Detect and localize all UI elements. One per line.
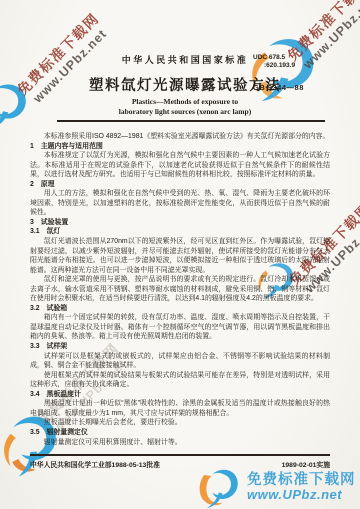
- english-title: Plastics—Methods of exposure to laborato…: [35, 97, 335, 117]
- scanned-standard-page: 免费标准下载网 www.UPbz.net 免费标准下载网 www.UPbz.ne…: [0, 0, 360, 509]
- brand-text: 免费标准下载网 www.UPbz.net: [247, 473, 356, 502]
- section-heading: 3.5 辐射量测定仪: [30, 428, 330, 438]
- paragraph: 使用框架式的试样架的试验结果与板架式的试验结果可能存在差异，特别是对透明试样，采…: [30, 371, 330, 390]
- paragraph: 本标准规定了以氙灯为光源，模拟和强化自然气候中主要因素的一种人工气候加速老化试验…: [30, 151, 330, 180]
- footer-divider: [30, 454, 330, 456]
- paragraph: 氙灯和滤光罩的使用与更换，按产品说明书的要求或有关的规定进行。氙灯冷却水用蒸馏水…: [30, 275, 330, 304]
- standard-number: GB 9344—88: [253, 83, 304, 92]
- paragraph: 辐射量测定仪可采用积算照度计、辐射计等。: [30, 438, 330, 448]
- upbz-logo-icon: [190, 464, 244, 509]
- document-body: 本标准参照采用ISO 4892—1981《塑料实验室光源曝露试验方法》有关氙灯光…: [30, 132, 330, 447]
- section-heading: 3.1 氙灯: [30, 227, 330, 237]
- english-title-line2: laboratory light sources (xenon arc lamp…: [35, 107, 335, 117]
- section-heading: 1 主题内容与适用范围: [30, 142, 330, 152]
- upbz-brand: 免费标准下载网 www.UPbz.net: [190, 464, 360, 509]
- udc-code: UDC 678.5 :620.193.9: [253, 54, 295, 70]
- paragraph: 用人工的方法，模拟和强化在自然气候中受到的光、热、氧、湿气、降雨为主要老化破坏的…: [30, 189, 330, 218]
- paragraph: 氙灯光谱波长范围从270nm以下的短波紫外区，经可见区直到红外区。作为曝露试验，…: [30, 237, 330, 275]
- paragraph: 黑板温度计长期曝光后会老化，要进行校验。: [30, 418, 330, 428]
- section-heading: 2 原理: [30, 180, 330, 190]
- section-heading: 3.4 黑板温度计: [30, 390, 330, 400]
- upbz-logo-icon: [0, 78, 32, 130]
- header-divider: [57, 120, 325, 122]
- section-heading: 3.3 试样架: [30, 342, 330, 352]
- section-heading: 3 试验装置: [30, 218, 330, 228]
- brand-site-url: www.UPbz.net: [247, 488, 356, 501]
- udc-line2: :620.193.9: [253, 62, 295, 70]
- section-heading: 3.2 试验箱: [30, 304, 330, 314]
- paragraph: 箱内有一个固定试样架的转鼓，设有氙灯功率、温度、湿度、喷水周期等指示及自控装置，…: [30, 313, 330, 342]
- approval-text: 中华人民共和国化学工业部1988-05-13批准: [30, 459, 160, 469]
- brand-site-name: 免费标准下载网: [247, 473, 356, 488]
- paragraph: 黑板温度计是由一种近似“黑体”吸收特性的、涂黑的金属板及适当的温度计或热接触良好…: [30, 399, 330, 418]
- paragraph: 试样架可以是框架式的或嵌板式的，试样架应由铝合金、不锈钢等不影响试验结果的材料制…: [30, 352, 330, 371]
- english-title-line1: Plastics—Methods of exposure to: [35, 97, 335, 107]
- udc-line1: UDC 678.5: [253, 54, 295, 62]
- paragraph: 本标准参照采用ISO 4892—1981《塑料实验室光源曝露试验方法》有关氙灯光…: [30, 132, 330, 142]
